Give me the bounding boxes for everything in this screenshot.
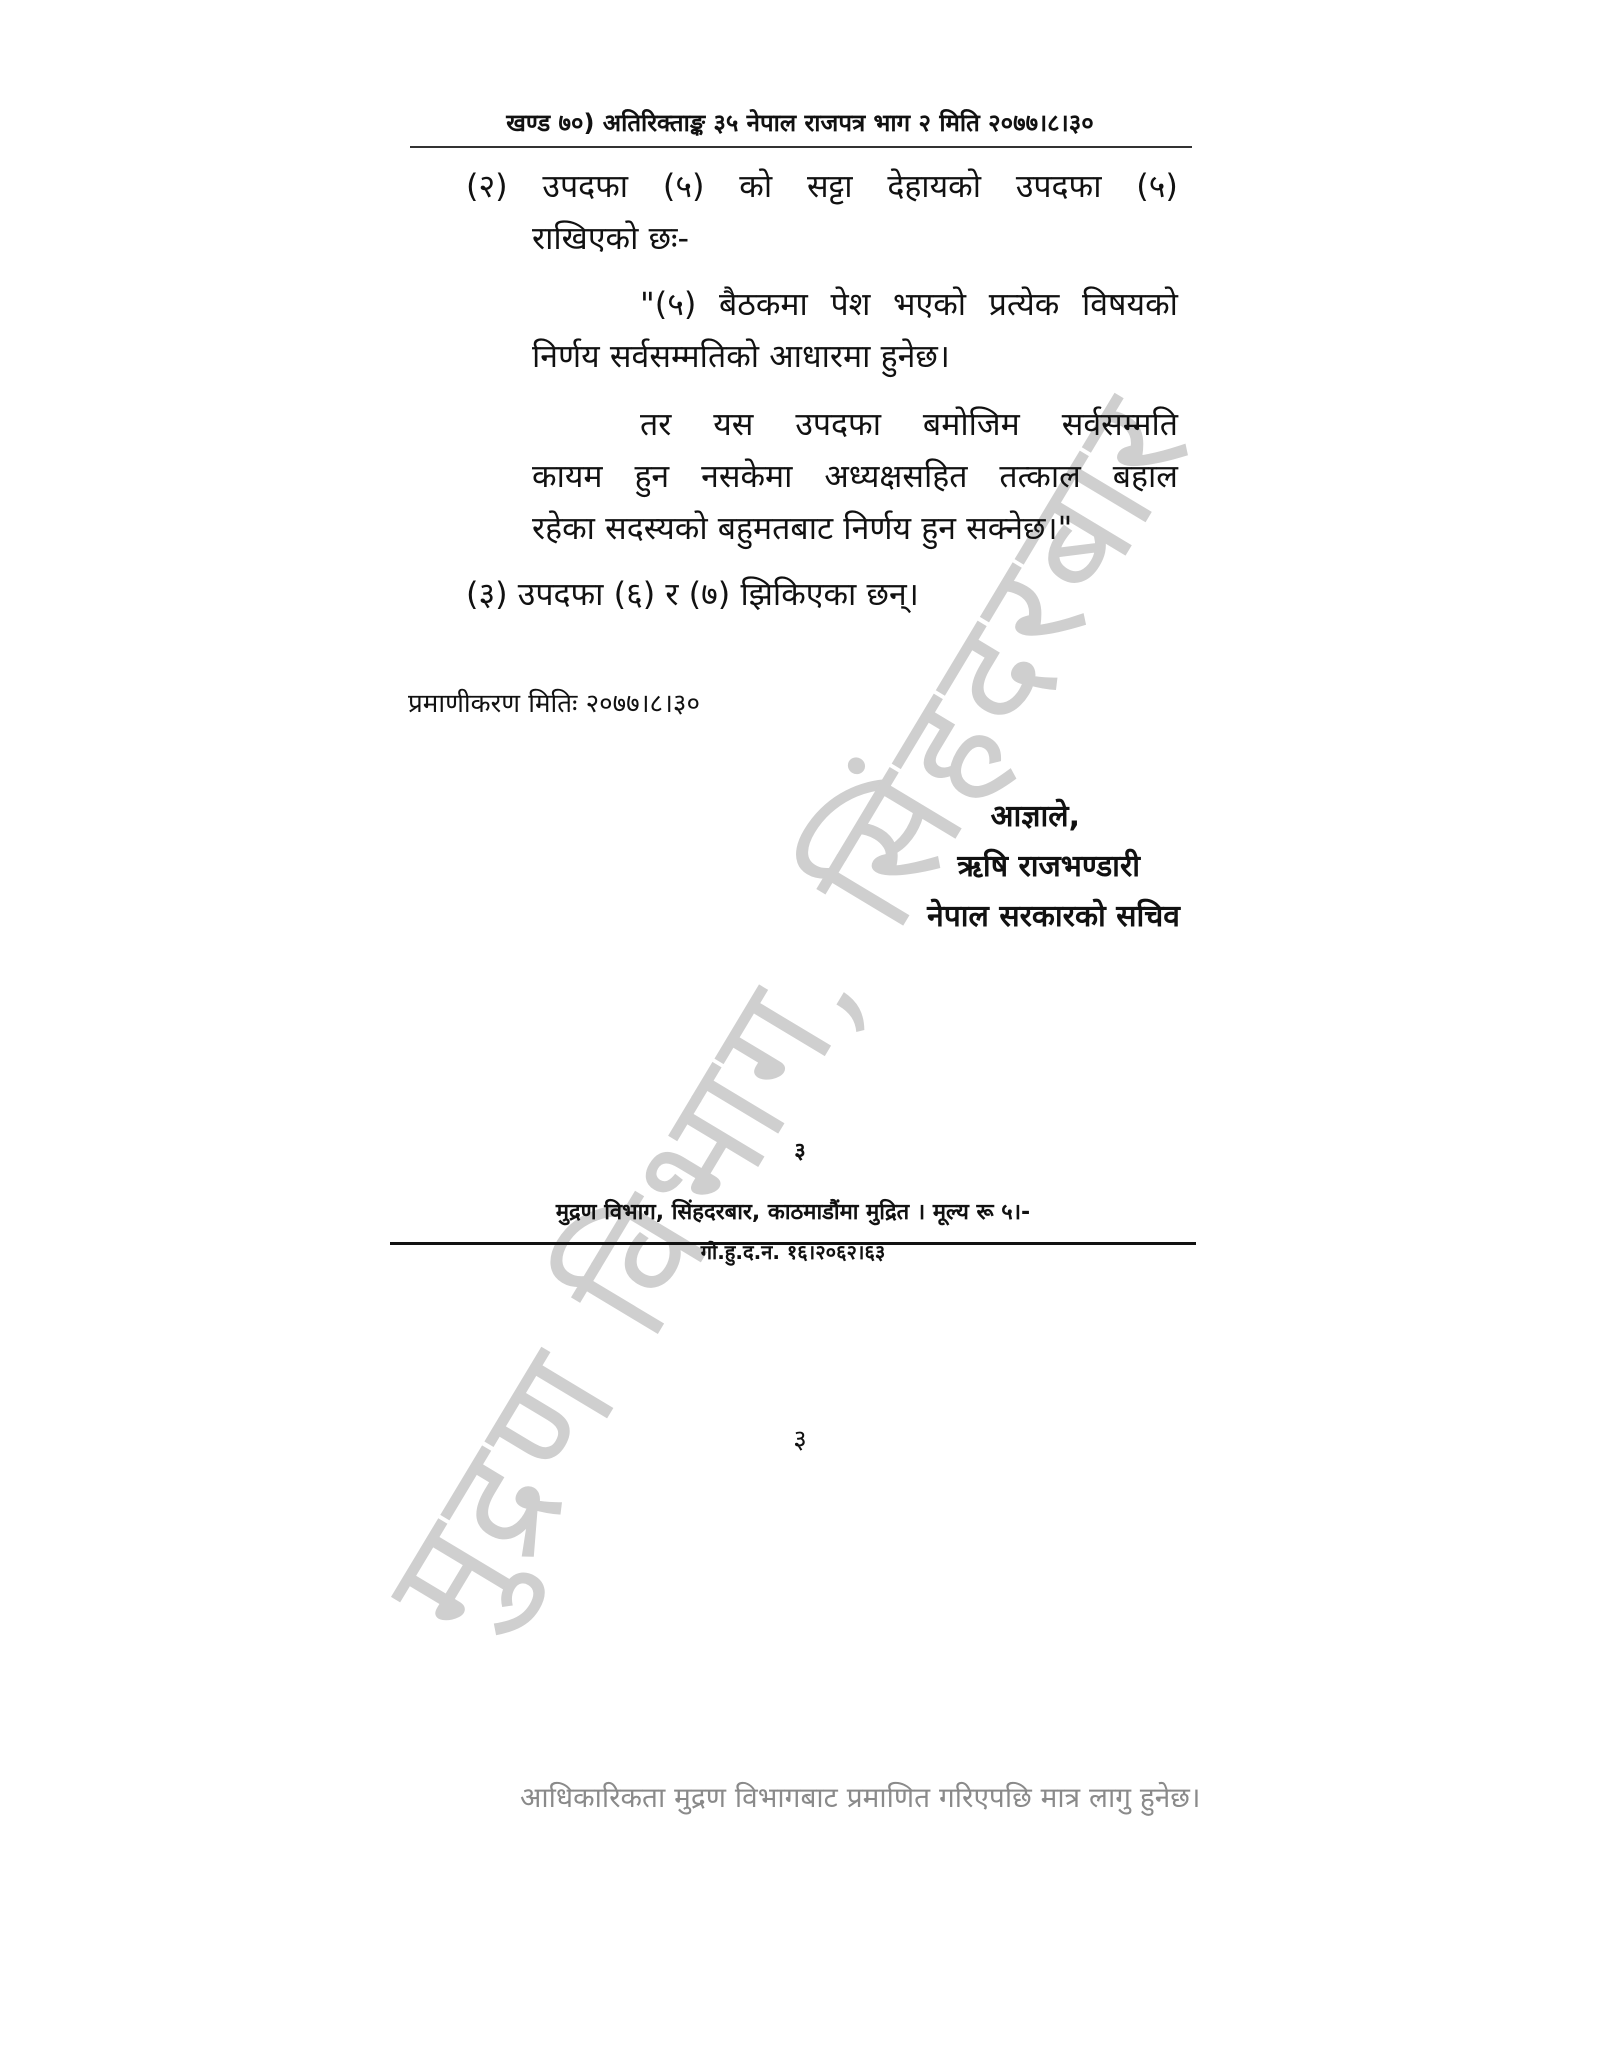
validity-note: आधिकारिकता मुद्रण विभागबाट प्रमाणित गरिए… [520,1778,1280,1816]
word: देहायको [887,160,981,212]
signatory-name: ऋषि राजभण्डारी [850,842,1180,892]
watermark: मुद्रण विभाग, सिंहदरबार [363,373,1217,1658]
page-number-secondary: ३ [770,1420,830,1456]
subsection-3: (३) उपदफा (६) र (७) झिकिएका छन्। [466,568,919,620]
proviso-line-1: तरयसउपदफाबमोजिमसर्वसम्मति [532,398,1178,450]
word: तर [640,398,671,450]
quoted-subsection-line-2: निर्णय सर्वसम्मतिको आधारमा हुनेछ। [532,330,950,382]
subsection-2-line-1: (२)उपदफा(५)कोसट्टादेहायकोउपदफा(५) [466,160,1178,212]
proviso-line-3: रहेका सदस्यको बहुमतबाट निर्णय हुन सक्नेछ… [532,502,1072,554]
word: बमोजिम [923,398,1020,450]
authentication-date: प्रमाणीकरण मितिः २०७७।८।३० [408,684,700,720]
word: उपदफा [542,160,628,212]
word: सट्टा [807,160,853,212]
running-header: खण्ड ७०) अतिरिक्ताङ्क ३५ नेपाल राजपत्र भ… [410,106,1190,139]
word: बैठकमा [719,278,808,330]
word: उपदफा [1016,160,1102,212]
signature-by-order: आज्ञाले, [850,792,1180,842]
word: पेश [830,278,870,330]
word: अध्यक्षसहित [824,450,967,502]
word: (५) [1136,160,1178,212]
word: उपदफा [795,398,881,450]
word: सर्वसम्मति [1062,398,1178,450]
header-rule [410,146,1192,148]
subsection-2-line-2: राखिएको छः- [532,212,689,264]
page-number: ३ [770,1135,830,1165]
signatory-title: नेपाल सरकारको सचिव [850,892,1180,942]
signature-block: आज्ञाले, ऋषि राजभण्डारी नेपाल सरकारको सच… [850,792,1180,942]
word: (२) [466,160,508,212]
word: हुन [634,450,669,502]
word: तत्काल [999,450,1080,502]
word: प्रत्येक [989,278,1060,330]
word: कायम [532,450,603,502]
printer-imprint: मुद्रण विभाग, सिंहदरबार, काठमाडौंमा मुद्… [390,1196,1196,1226]
word: नसकेमा [701,450,792,502]
word: भएको [893,278,966,330]
proviso-line-2: कायमहुननसकेमाअध्यक्षसहिततत्कालबहाल [532,450,1178,502]
word: "(५) [640,278,696,330]
word: विषयको [1082,278,1178,330]
registration-number: गो.हु.द.नं. १६।२०६२।६३ [390,1238,1196,1265]
word: यस [713,398,753,450]
word: को [739,160,772,212]
document-page: मुद्रण विभाग, सिंहदरबार खण्ड ७०) अतिरिक्… [0,0,1600,2071]
word: बहाल [1113,450,1178,502]
quoted-subsection-line-1: "(५)बैठकमापेशभएकोप्रत्येकविषयको [532,278,1178,330]
word: (५) [663,160,705,212]
